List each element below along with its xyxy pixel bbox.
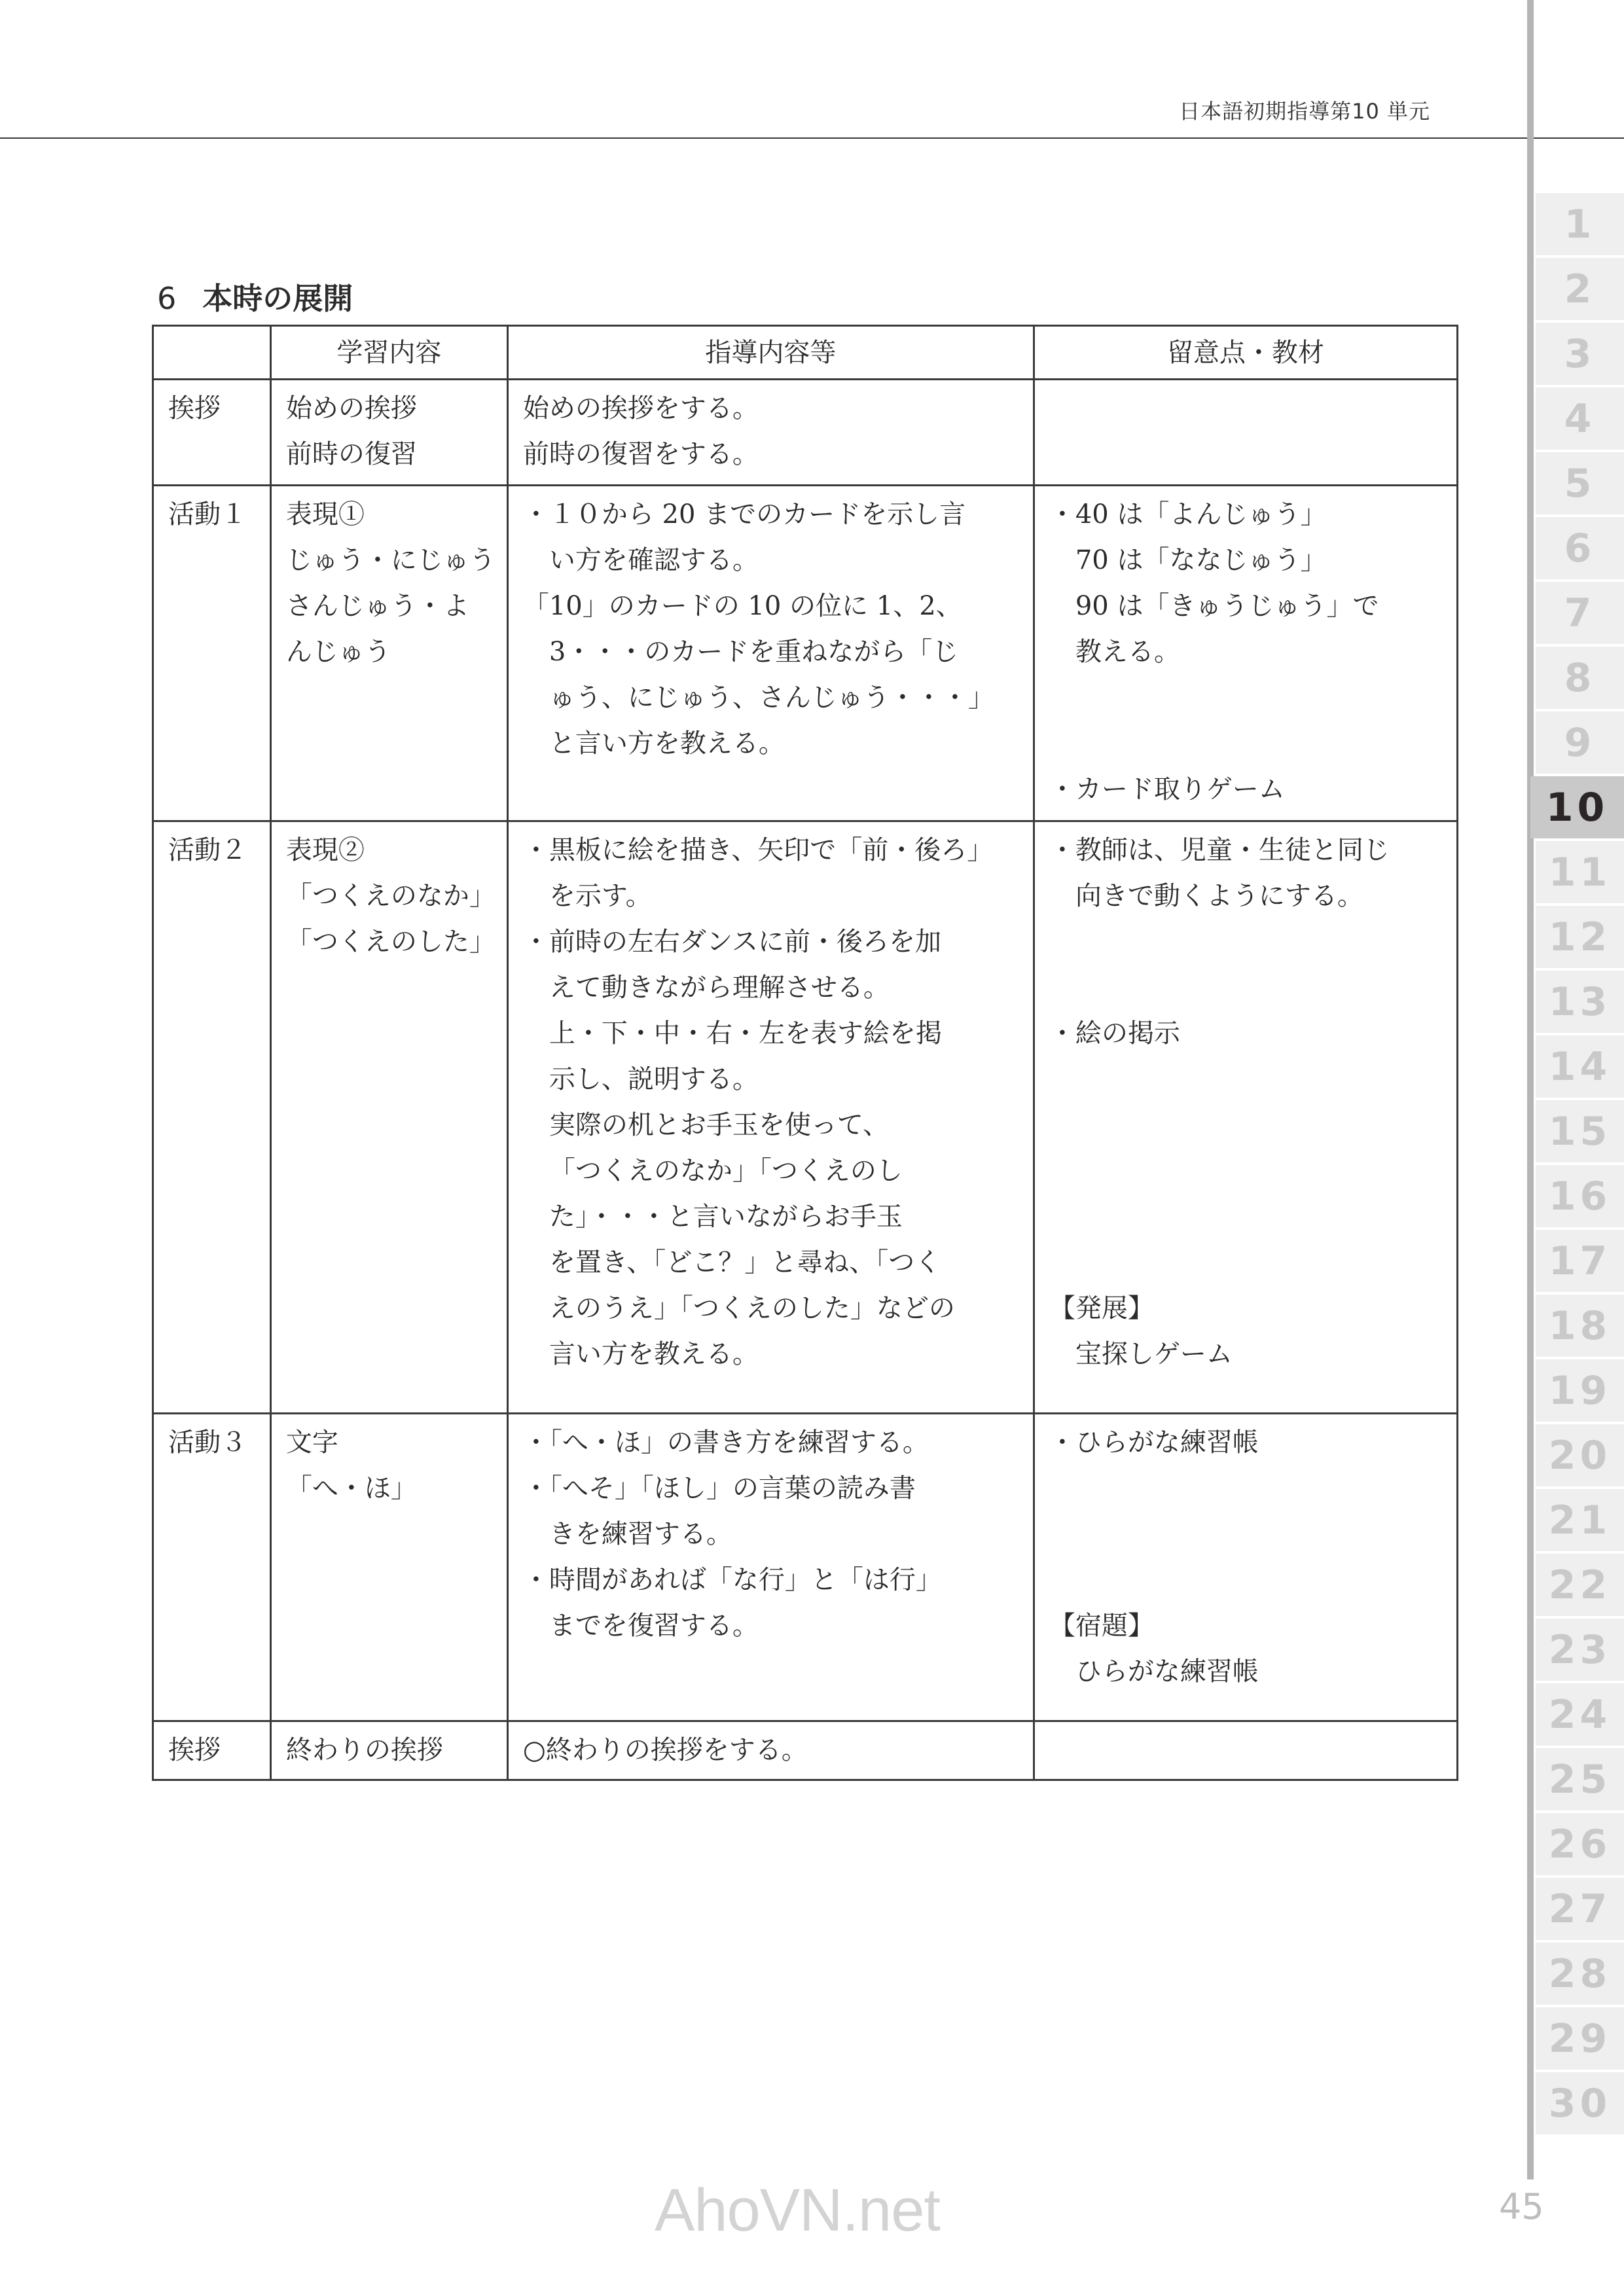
cell-learning-content: 表現①じゅう・にじゅうさんじゅう・よんじゅう xyxy=(270,486,507,821)
note-line xyxy=(1049,1465,1442,1511)
cell-learning-content: 始めの挨拶前時の復習 xyxy=(270,380,507,486)
unit-tab-8[interactable]: 8 xyxy=(1536,647,1624,709)
note-line xyxy=(1049,1557,1442,1603)
unit-tab-27[interactable]: 27 xyxy=(1536,1878,1624,1940)
unit-tab-19[interactable]: 19 xyxy=(1536,1359,1624,1422)
header-rule xyxy=(0,137,1624,139)
guidance-line: 実際の机とお手玉を使って、 xyxy=(523,1102,1019,1148)
unit-tab-13[interactable]: 13 xyxy=(1536,971,1624,1033)
cell-notes: ・教師は、児童・生徒と同じ向きで動くようにする。・絵の掲示【発展】宝探しゲーム xyxy=(1034,821,1457,1414)
cell-notes: ・ひらがな練習帳【宿題】ひらがな練習帳 xyxy=(1034,1414,1457,1721)
note-line xyxy=(1049,965,1442,1011)
cell-guidance: ・１０から 20 までのカードを示し言い方を確認する。「10」のカードの 10 … xyxy=(507,486,1034,821)
unit-tab-16[interactable]: 16 xyxy=(1536,1165,1624,1227)
cell-learning-content: 文字「へ・ほ」 xyxy=(270,1414,507,1721)
page-number: 45 xyxy=(1499,2186,1544,2227)
unit-tab-2[interactable]: 2 xyxy=(1536,258,1624,320)
note-line: ・ひらがな練習帳 xyxy=(1049,1420,1442,1465)
guidance-line: た」・・・と言いながらお手玉 xyxy=(523,1194,1019,1240)
table-row: 活動１表現①じゅう・にじゅうさんじゅう・よんじゅう・１０から 20 までのカード… xyxy=(153,486,1458,821)
phase-label: 活動１ xyxy=(168,492,255,537)
guidance-line: 「10」のカードの 10 の位に 1、2、 xyxy=(523,583,1019,629)
guidance-line: えのうえ」「つくえのした」などの xyxy=(523,1285,1019,1331)
unit-tab-29[interactable]: 29 xyxy=(1536,2007,1624,2070)
content-line: 「へ・ほ」 xyxy=(286,1465,492,1511)
cell-notes: ・40 は「よんじゅう」70 は「ななじゅう」90 は「きゅうじゅう」で教える。… xyxy=(1034,486,1457,821)
cell-phase: 活動２ xyxy=(153,821,271,1414)
unit-tab-26[interactable]: 26 xyxy=(1536,1813,1624,1875)
cell-phase: 活動１ xyxy=(153,486,271,821)
cell-guidance: ・「へ・ほ」の書き方を練習する。・「へそ」「ほし」の言葉の読み書きを練習する。・… xyxy=(507,1414,1034,1721)
note-line: ・教師は、児童・生徒と同じ xyxy=(1049,827,1442,873)
unit-tab-24[interactable]: 24 xyxy=(1536,1683,1624,1746)
guidance-line: ・黒板に絵を描き、矢印で「前・後ろ」 xyxy=(523,827,1019,873)
unit-tab-23[interactable]: 23 xyxy=(1536,1619,1624,1681)
guidance-line: ゅう、にじゅう、さんじゅう・・・」 xyxy=(523,675,1019,721)
watermark: AhoVN.net xyxy=(655,2176,940,2245)
section-title-text: 本時の展開 xyxy=(202,281,353,316)
guidance-line: きを練習する。 xyxy=(523,1511,1019,1557)
unit-tab-28[interactable]: 28 xyxy=(1536,1943,1624,2005)
cell-phase: 活動３ xyxy=(153,1414,271,1721)
guidance-line: ○終わりの挨拶をする。 xyxy=(523,1727,1019,1773)
unit-tab-9[interactable]: 9 xyxy=(1536,711,1624,774)
guidance-line: を示す。 xyxy=(523,873,1019,919)
content-line: 表現① xyxy=(286,492,492,537)
side-bar xyxy=(1527,0,1534,2179)
note-line: 向きで動くようにする。 xyxy=(1049,873,1442,919)
guidance-line: ・時間があれば「な行」と「は行」 xyxy=(523,1557,1019,1603)
guidance-line: ・１０から 20 までのカードを示し言 xyxy=(523,492,1019,537)
unit-tab-30[interactable]: 30 xyxy=(1536,2072,1624,2134)
unit-tab-14[interactable]: 14 xyxy=(1536,1035,1624,1098)
note-line: 【宿題】 xyxy=(1049,1603,1442,1649)
table-row: 活動３文字「へ・ほ」・「へ・ほ」の書き方を練習する。・「へそ」「ほし」の言葉の読… xyxy=(153,1414,1458,1721)
phase-label: 挨拶 xyxy=(168,386,255,431)
note-line xyxy=(1049,721,1442,766)
cell-guidance: ○終わりの挨拶をする。 xyxy=(507,1721,1034,1780)
note-line: ・40 は「よんじゅう」 xyxy=(1049,492,1442,537)
phase-label: 活動２ xyxy=(168,827,255,873)
header-learning-content: 学習内容 xyxy=(270,326,507,380)
guidance-line: い方を確認する。 xyxy=(523,537,1019,583)
note-line xyxy=(1049,1148,1442,1194)
table-row: 挨拶始めの挨拶前時の復習始めの挨拶をする。前時の復習をする。 xyxy=(153,380,1458,486)
running-header: 日本語初期指導第10 単元 xyxy=(1179,95,1430,125)
note-line xyxy=(1049,1056,1442,1102)
content-line: 表現② xyxy=(286,827,492,873)
guidance-line: 3・・・のカードを重ねながら「じ xyxy=(523,629,1019,675)
content-line: 「つくえのした」 xyxy=(286,919,492,965)
unit-tab-6[interactable]: 6 xyxy=(1536,517,1624,579)
note-line xyxy=(1049,919,1442,965)
guidance-line: 「つくえのなか」「つくえのし xyxy=(523,1148,1019,1194)
content-line: 「つくえのなか」 xyxy=(286,873,492,919)
guidance-line: ・「へ・ほ」の書き方を練習する。 xyxy=(523,1420,1019,1465)
note-line xyxy=(1049,1194,1442,1240)
guidance-line: ・前時の左右ダンスに前・後ろを加 xyxy=(523,919,1019,965)
cell-learning-content: 終わりの挨拶 xyxy=(270,1721,507,1780)
unit-tab-18[interactable]: 18 xyxy=(1536,1295,1624,1357)
table-row: 挨拶終わりの挨拶○終わりの挨拶をする。 xyxy=(153,1721,1458,1780)
guidance-line: えて動きながら理解させる。 xyxy=(523,965,1019,1011)
unit-tab-11[interactable]: 11 xyxy=(1536,841,1624,903)
guidance-line: 言い方を教える。 xyxy=(523,1331,1019,1377)
unit-tab-22[interactable]: 22 xyxy=(1536,1554,1624,1616)
note-line: 宝探しゲーム xyxy=(1049,1331,1442,1377)
section-title: 6本時の展開 xyxy=(157,275,353,318)
note-line xyxy=(1049,1240,1442,1285)
unit-tab-5[interactable]: 5 xyxy=(1536,452,1624,514)
unit-tab-3[interactable]: 3 xyxy=(1536,323,1624,385)
guidance-line: 前時の復習をする。 xyxy=(523,431,1019,477)
header-notes-materials: 留意点・教材 xyxy=(1034,326,1457,380)
header-phase xyxy=(153,326,271,380)
unit-tab-1[interactable]: 1 xyxy=(1536,193,1624,255)
phase-label: 活動３ xyxy=(168,1420,255,1465)
unit-tab-12[interactable]: 12 xyxy=(1536,906,1624,968)
content-line: じゅう・にじゅう xyxy=(286,537,492,583)
unit-tab-10[interactable]: 10 xyxy=(1530,776,1624,838)
guidance-line: を置き、「どこ？」と尋ね、「つく xyxy=(523,1240,1019,1285)
table-header-row: 学習内容 指導内容等 留意点・教材 xyxy=(153,326,1458,380)
content-line: 終わりの挨拶 xyxy=(286,1727,492,1773)
unit-tab-4[interactable]: 4 xyxy=(1536,387,1624,450)
note-line xyxy=(1049,1102,1442,1148)
content-line: 前時の復習 xyxy=(286,431,492,477)
cell-notes xyxy=(1034,1721,1457,1780)
guidance-line: 示し、説明する。 xyxy=(523,1056,1019,1102)
note-line: 教える。 xyxy=(1049,629,1442,675)
content-line: さんじゅう・よ xyxy=(286,583,492,629)
guidance-line: ・「へそ」「ほし」の言葉の読み書 xyxy=(523,1465,1019,1511)
note-line: ・カード取りゲーム xyxy=(1049,766,1442,812)
unit-tab-7[interactable]: 7 xyxy=(1536,582,1624,644)
header-guidance: 指導内容等 xyxy=(507,326,1034,380)
unit-tab-20[interactable]: 20 xyxy=(1536,1424,1624,1486)
unit-tab-17[interactable]: 17 xyxy=(1536,1230,1624,1292)
unit-tab-25[interactable]: 25 xyxy=(1536,1748,1624,1810)
note-line: 90 は「きゅうじゅう」で xyxy=(1049,583,1442,629)
note-line xyxy=(1049,1511,1442,1557)
unit-tabs: 1234567891011121314151617181920212223242… xyxy=(1536,193,1624,2137)
cell-phase: 挨拶 xyxy=(153,380,271,486)
content-line: 文字 xyxy=(286,1420,492,1465)
guidance-line: と言い方を教える。 xyxy=(523,721,1019,766)
note-line: ひらがな練習帳 xyxy=(1049,1649,1442,1695)
lesson-plan-table: 学習内容 指導内容等 留意点・教材 挨拶始めの挨拶前時の復習始めの挨拶をする。前… xyxy=(152,325,1458,1781)
cell-phase: 挨拶 xyxy=(153,1721,271,1780)
guidance-line: 上・下・中・右・左を表す絵を掲 xyxy=(523,1011,1019,1056)
cell-guidance: 始めの挨拶をする。前時の復習をする。 xyxy=(507,380,1034,486)
guidance-line: 始めの挨拶をする。 xyxy=(523,386,1019,431)
note-line: ・絵の掲示 xyxy=(1049,1011,1442,1056)
table-row: 活動２表現②「つくえのなか」「つくえのした」・黒板に絵を描き、矢印で「前・後ろ」… xyxy=(153,821,1458,1414)
phase-label: 挨拶 xyxy=(168,1727,255,1773)
note-line xyxy=(1049,675,1442,721)
cell-notes xyxy=(1034,380,1457,486)
cell-learning-content: 表現②「つくえのなか」「つくえのした」 xyxy=(270,821,507,1414)
unit-tab-21[interactable]: 21 xyxy=(1536,1489,1624,1551)
cell-guidance: ・黒板に絵を描き、矢印で「前・後ろ」を示す。・前時の左右ダンスに前・後ろを加えて… xyxy=(507,821,1034,1414)
note-line: 70 は「ななじゅう」 xyxy=(1049,537,1442,583)
note-line: 【発展】 xyxy=(1049,1285,1442,1331)
unit-tab-15[interactable]: 15 xyxy=(1536,1100,1624,1162)
guidance-line: までを復習する。 xyxy=(523,1603,1019,1649)
content-line: 始めの挨拶 xyxy=(286,386,492,431)
content-line: んじゅう xyxy=(286,629,492,675)
section-number: 6 xyxy=(157,281,176,316)
